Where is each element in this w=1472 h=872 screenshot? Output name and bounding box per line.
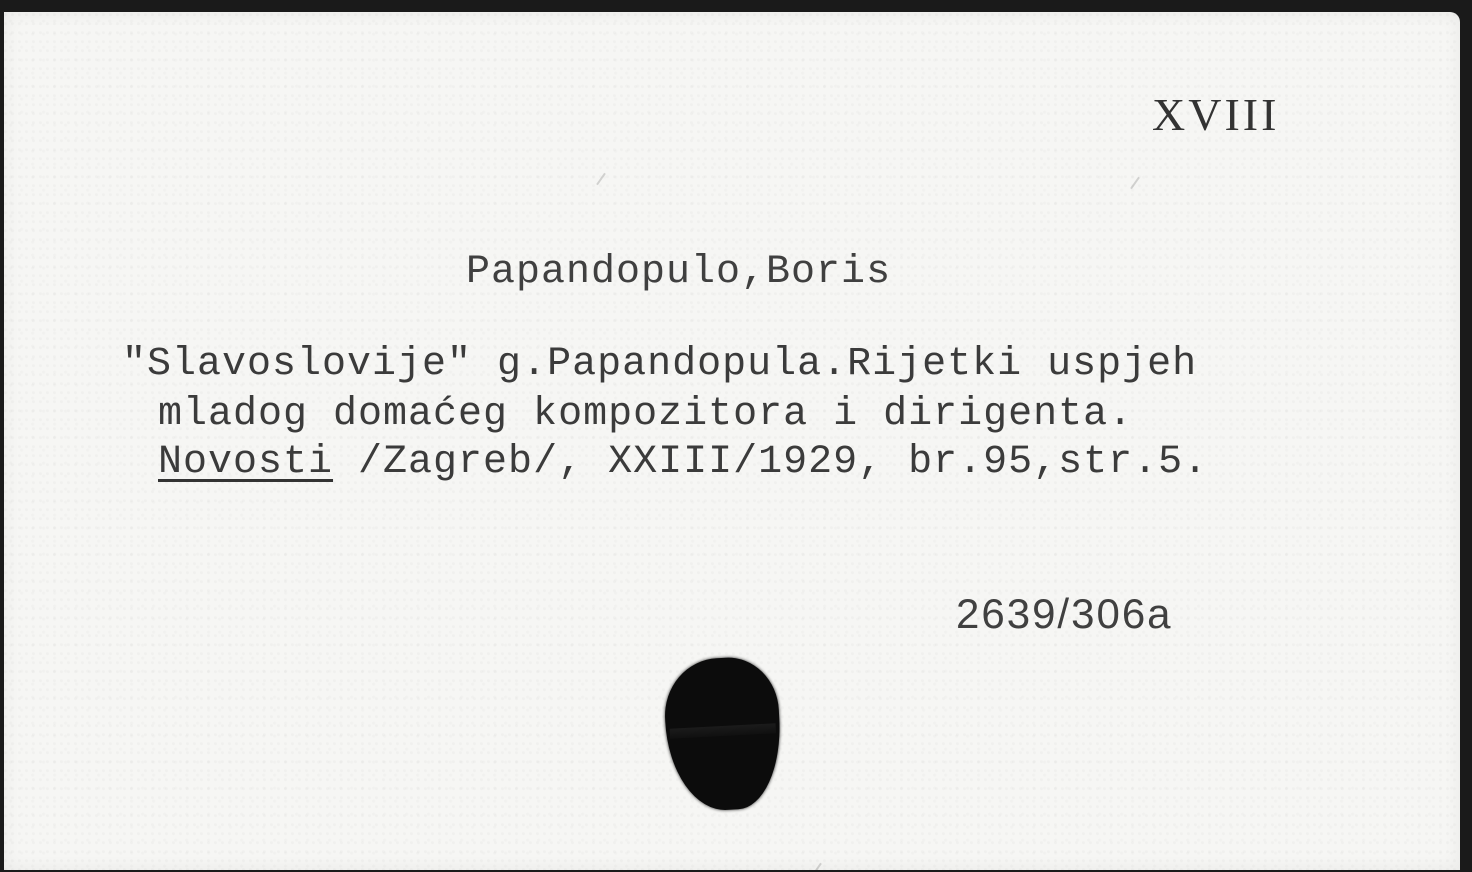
- catalog-card: XVIII Papandopulo,Boris "Slavoslovije" g…: [4, 12, 1460, 870]
- author-heading: Papandopulo,Boris: [466, 250, 891, 295]
- stray-mark: [812, 863, 822, 870]
- entry-description-line: mladog domaćeg kompozitora i dirigenta.: [158, 392, 1133, 437]
- entry-source-line: Novosti /Zagreb/, XXIII/1929, br.95,str.…: [158, 440, 1208, 485]
- scanned-catalog-card-image: XVIII Papandopulo,Boris "Slavoslovije" g…: [0, 0, 1472, 872]
- stray-mark: [1130, 177, 1140, 190]
- entry-title-line: "Slavoslovije" g.Papandopula.Rijetki usp…: [122, 342, 1197, 387]
- source-title: Novosti: [158, 440, 333, 485]
- punch-hole: [662, 655, 784, 813]
- series-mark: XVIII: [1152, 88, 1279, 141]
- source-details: /Zagreb/, XXIII/1929, br.95,str.5.: [333, 440, 1208, 485]
- stray-mark: [596, 173, 606, 186]
- call-number: 2639/306a: [956, 590, 1173, 638]
